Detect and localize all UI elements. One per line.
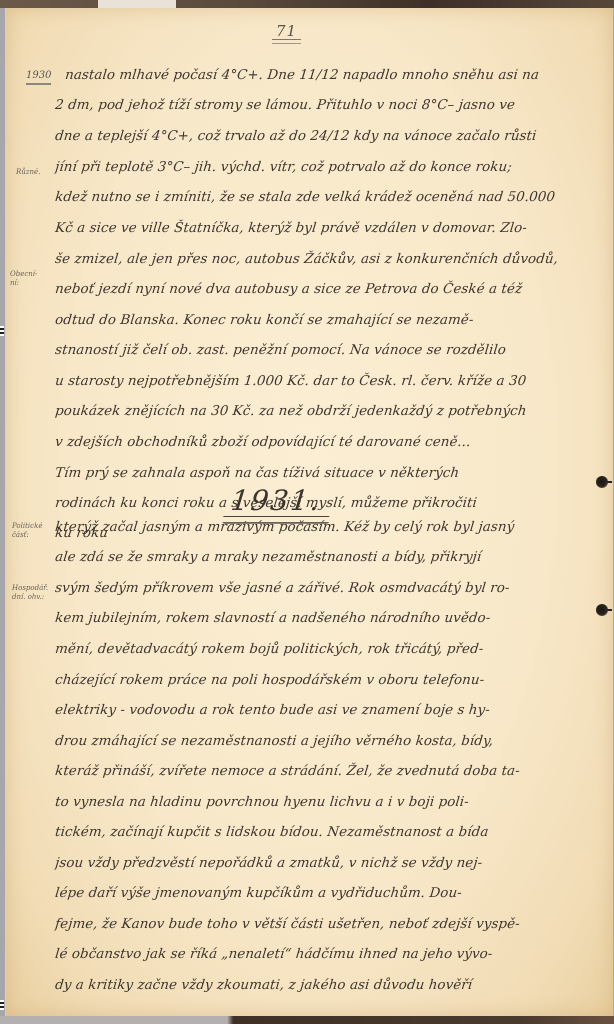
margin-note: Obecní-ní: bbox=[10, 270, 44, 288]
scanner-clip bbox=[98, 0, 176, 8]
scanned-page-viewer: 71 1930 nastalo mlhavé počasí 4°C+. Dne … bbox=[0, 0, 614, 1024]
text-line: odtud do Blanska. Konec roku končí se zm… bbox=[54, 311, 586, 331]
text-line: dy a kritiky začne vždy zkoumati, z jaké… bbox=[54, 976, 586, 996]
text-line: to vynesla na hladinu povrchnou hyenu li… bbox=[54, 793, 586, 813]
text-line: kem jubilejním, rokem slavností a nadšen… bbox=[54, 609, 586, 629]
text-line: elektriky - vodovodu a rok tento bude as… bbox=[54, 701, 586, 721]
binding-hole bbox=[596, 604, 608, 616]
text-line: jsou vždy předzvěstí nepořádků a zmatků,… bbox=[54, 854, 586, 874]
text-line: mění, devětadvacátý rokem bojů politický… bbox=[54, 640, 586, 660]
text-line: kteráž přináší, zvířete nemoce a strádán… bbox=[54, 762, 586, 782]
text-line: lé občanstvo jak se říká „nenaletí“ hádč… bbox=[54, 945, 586, 965]
text-line: stnaností již čelí ob. zast. peněžní pom… bbox=[54, 341, 586, 361]
scanner-bottom-edge bbox=[0, 1016, 614, 1024]
margin-note: Hospodář. dní. ohv.: bbox=[12, 584, 46, 602]
text-line: neboť jezdí nyní nové dva autobusy a sic… bbox=[54, 280, 586, 300]
page-number: 71 bbox=[276, 22, 297, 40]
margin-year-1930: 1930 bbox=[26, 70, 51, 85]
margin-note: Politické čásť: bbox=[12, 522, 46, 540]
text-line: svým šedým příkrovem vše jasné a zářivé.… bbox=[54, 579, 586, 599]
text-line: še zmizel, ale jen přes noc, autobus Žáč… bbox=[54, 250, 586, 270]
edge-mark bbox=[0, 326, 4, 336]
binding-hole bbox=[596, 476, 608, 488]
text-line: nastalo mlhavé počasí 4°C+. Dne 11/12 na… bbox=[64, 66, 582, 86]
text-line: ale zdá se že smraky a mraky nezaměstnan… bbox=[54, 548, 586, 568]
text-line: drou zmáhající se nezaměstnanosti a její… bbox=[54, 732, 586, 752]
text-line: jíní při teplotě 3°C– jih. výchd. vítr, … bbox=[54, 158, 586, 178]
text-line: cházející rokem práce na poli hospodářsk… bbox=[54, 671, 586, 691]
text-line: Kč a sice ve ville Štatníčka, kterýž byl… bbox=[54, 219, 586, 239]
edge-mark bbox=[0, 1000, 4, 1010]
text-line: fejme, že Kanov bude toho v větší části … bbox=[54, 915, 586, 935]
text-line: 2 dm, pod jehož tíží stromy se lámou. Př… bbox=[54, 96, 586, 116]
text-line: Tím prý se zahnala aspoň na čas tíživá s… bbox=[54, 464, 586, 484]
margin-note: Různé. bbox=[16, 168, 50, 177]
text-line: v zdejších obchodníků zboží odpovídající… bbox=[54, 433, 586, 453]
text-line: tickém, začínají kupčit s lidskou bídou.… bbox=[54, 823, 586, 843]
text-line: poukázek znějících na 30 Kč. za než obdr… bbox=[54, 402, 586, 422]
text-line: dne a teplejší 4°C+, což trvalo až do 24… bbox=[54, 127, 586, 147]
text-line: kdež nutno se i zmíniti, že se stala zde… bbox=[54, 188, 586, 208]
text-line: kterýž začal jasným a mrazivým počasím. … bbox=[54, 518, 586, 538]
year-heading-1931: 1931. bbox=[229, 484, 323, 517]
text-line: u starosty nejpotřebnějším 1.000 Kč. dar… bbox=[54, 372, 586, 392]
chronicle-page: 71 1930 nastalo mlhavé počasí 4°C+. Dne … bbox=[5, 8, 613, 1016]
text-line: lépe daří výše jmenovaným kupčíkům a vyd… bbox=[54, 884, 586, 904]
scanner-top-edge bbox=[0, 0, 614, 8]
